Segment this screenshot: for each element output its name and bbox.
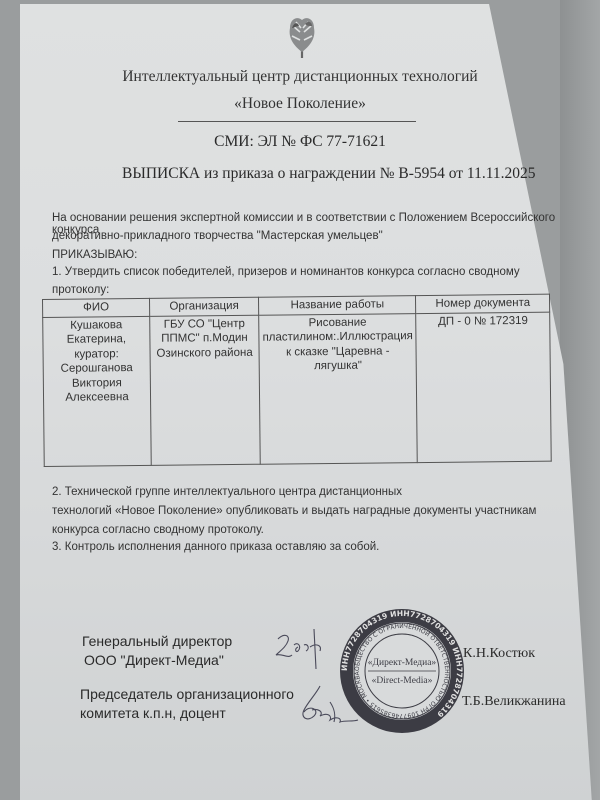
fio-line: Кушакова Екатерина, <box>46 317 146 347</box>
item3: 3. Контроль исполнения данного приказа о… <box>52 541 379 553</box>
organization-line: ГБУ СО "Центр <box>153 316 255 332</box>
chair-title-line2: комитета к.п.н, доцент <box>80 705 226 721</box>
work-line: Рисование <box>262 315 412 331</box>
organization-line: Озинского района <box>153 345 255 361</box>
cell-work: Рисование пластилином:.Иллюстрация к ска… <box>259 313 418 464</box>
column-header-fio: ФИО <box>43 298 150 317</box>
awards-table: ФИО Организация Название работы Номер до… <box>42 294 552 467</box>
fio-line: куратор: <box>47 346 147 362</box>
divider <box>178 121 416 122</box>
fio-line: Виктория Алексеевна <box>47 375 147 405</box>
table-row: Кушакова Екатерина, куратор: Серошганова… <box>43 312 552 467</box>
stamp-name-en: «Direct-Media» <box>372 676 433 686</box>
column-header-work: Название работы <box>259 296 416 315</box>
stamp-name-ru: «Директ-Медиа» <box>368 658 437 668</box>
item2-line1: 2. Технической группе интеллектуального … <box>52 486 402 498</box>
item1-line1: 1. Утвердить список победителей, призеро… <box>52 266 520 278</box>
item2-line2: технологий «Новое Поколение» опубликоват… <box>52 505 536 517</box>
work-line: пластилином:.Иллюстрация <box>262 329 412 345</box>
fio-line: Серошганова <box>47 361 147 377</box>
chair-name: Т.Б.Великжанина <box>462 694 566 710</box>
organization-name: Интеллектуальный центр дистанционных тех… <box>0 68 600 86</box>
work-line: к сказке "Царевна - <box>263 344 413 360</box>
column-header-doc-number: Номер документа <box>416 294 550 313</box>
director-signature <box>270 625 340 670</box>
order-word: ПРИКАЗЫВАЮ: <box>52 249 137 261</box>
media-registration: СМИ: ЭЛ № ФС 77-71621 <box>0 133 600 151</box>
organization-brand: «Новое Поколение» <box>0 95 600 113</box>
director-title-line1: Генеральный директор <box>82 633 232 649</box>
company-stamp: ИНН7728704319 ИНН7728704319 ИНН772870431… <box>338 607 466 735</box>
item1-line2: протоколу: <box>52 284 109 296</box>
item2-line3: конкурса согласно сводному протоколу. <box>52 524 264 536</box>
intro-text-line2: декоративно-прикладного творчества "Маст… <box>52 230 383 242</box>
column-header-organization: Организация <box>149 297 258 316</box>
director-name: К.Н.Костюк <box>463 646 535 662</box>
director-title-line2: ООО "Директ-Медиа" <box>84 652 224 668</box>
chair-title-line1: Председатель организационного <box>80 686 294 702</box>
document-title: ВЫПИСКА из приказа о награждении № В-595… <box>122 165 536 183</box>
cell-organization: ГБУ СО "Центр ППМС" п.Модин Озинского ра… <box>150 315 261 466</box>
work-line: лягушка" <box>263 358 413 374</box>
organization-line: ППМС" п.Модин <box>153 331 255 347</box>
cell-fio: Кушакова Екатерина, куратор: Серошганова… <box>43 316 152 467</box>
cell-doc-number: ДП - 0 № 172319 <box>416 312 551 463</box>
tree-icon <box>284 14 320 60</box>
